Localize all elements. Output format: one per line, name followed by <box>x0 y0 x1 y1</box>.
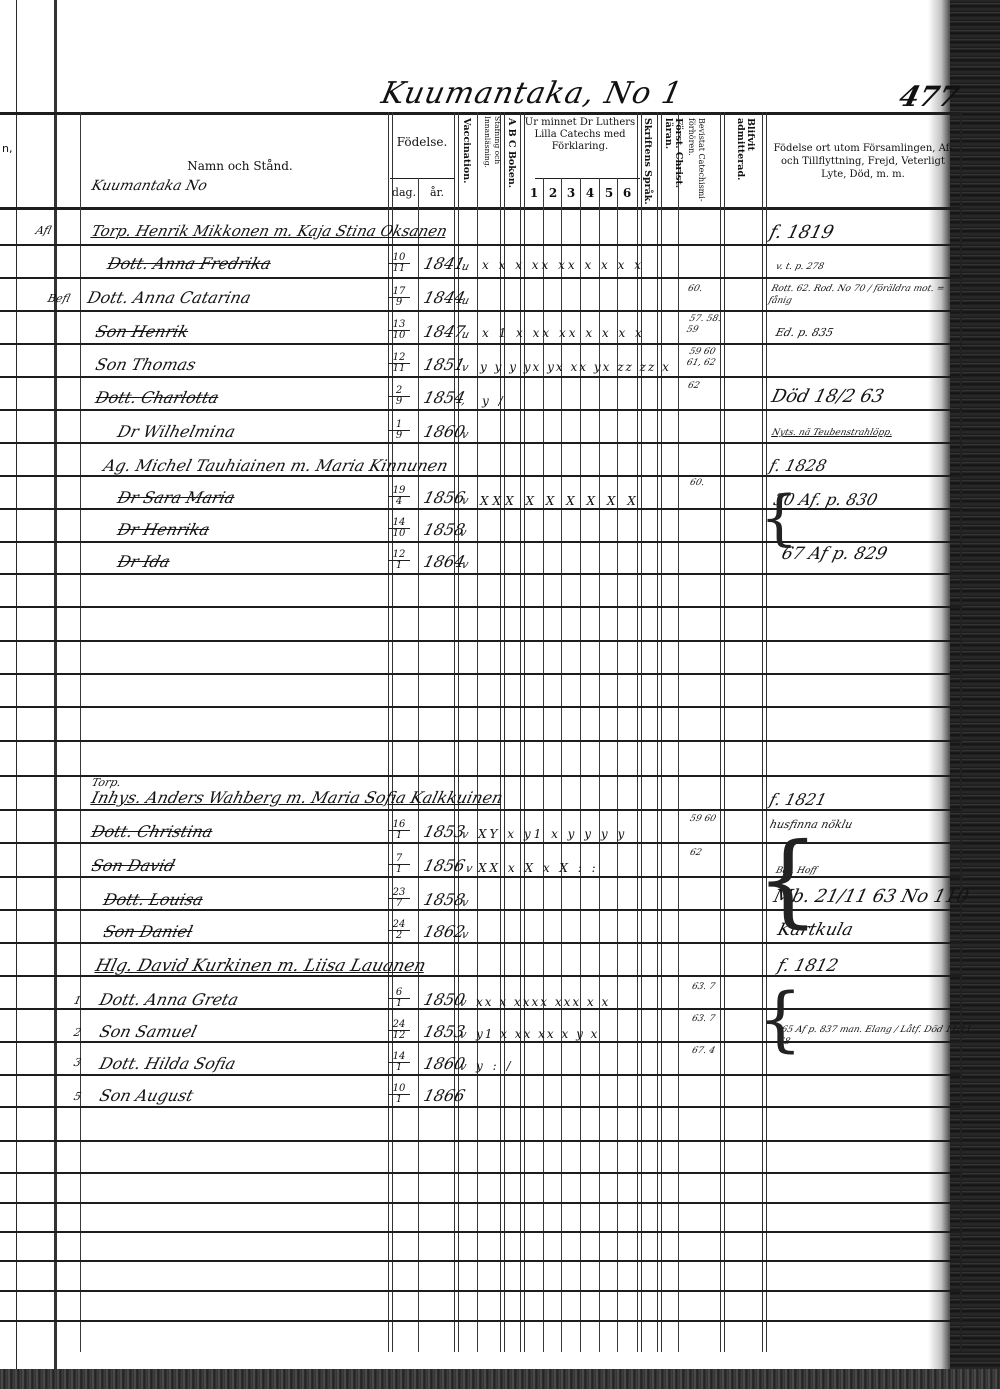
row-rule <box>0 409 962 411</box>
row-rule <box>0 541 962 543</box>
row-rule <box>0 740 962 742</box>
entry-name: Son David <box>90 856 177 875</box>
row-rule <box>0 573 962 575</box>
catechism-part-2: 2 <box>544 186 562 200</box>
catechism-hearings: 63. 7 <box>691 982 716 992</box>
entry-remarks: f. 1812 <box>776 956 841 976</box>
col-line-day-year <box>418 178 419 1352</box>
previous-page-fragment: n, <box>2 142 12 155</box>
row-rule <box>0 1260 962 1262</box>
row-rule <box>0 376 962 378</box>
entry-name: Son Samuel <box>98 1022 199 1041</box>
catechism-part-3: 3 <box>562 186 580 200</box>
entry-name: Son August <box>98 1086 196 1105</box>
row-rule <box>0 809 962 811</box>
bracket-mark: { <box>756 830 820 930</box>
entry-remarks: 65 Af p. 837 man. Elang / Låtf. Död 11/1… <box>777 1024 983 1048</box>
birth-day-month: 71 <box>388 854 410 875</box>
birth-day-month: 121 <box>388 550 410 571</box>
birth-day-month: 1310 <box>388 320 410 341</box>
examination-marks: XXX X X X X X X <box>480 494 640 508</box>
catechism-subheader-rule <box>535 178 640 179</box>
entry-remarks: f. 1821 <box>768 790 829 809</box>
birth-day-month: 1211 <box>388 353 410 374</box>
row-rule <box>0 706 962 708</box>
birth-day-month: 179 <box>388 287 410 308</box>
birth-day-month: 161 <box>388 820 410 841</box>
birth-day-month: 1410 <box>388 518 410 539</box>
entry-remarks: f. 1828 <box>768 456 829 475</box>
birth-day-month: 19 <box>388 420 410 441</box>
col-line-abc-left <box>500 112 505 1352</box>
row-rule <box>0 606 962 608</box>
row-rule <box>0 775 962 777</box>
row-rule <box>0 475 962 477</box>
row-rule <box>0 277 962 279</box>
col-line-cat-left <box>520 112 525 1352</box>
entry-name: Son Thomas <box>94 355 198 374</box>
catechism-hearings: 57. 58. 59 <box>685 314 730 336</box>
row-rule <box>0 1106 962 1108</box>
birth-day-month: 101 <box>388 1084 410 1105</box>
birth-day-month: 29 <box>388 386 410 407</box>
examination-marks: y y y yx yx xx yx zz zz x <box>480 360 671 374</box>
entry-remarks: Nyts. nä Teubenstrahlöpp. <box>771 428 894 438</box>
catechism-hearings: 59 60 <box>689 814 717 824</box>
birth-day-month: 242 <box>388 920 410 941</box>
header-admitted: Blifvit admitterad. <box>735 118 755 206</box>
entry-name: Inhys. Anders Wahberg m. Maria Sofia Kal… <box>90 788 505 807</box>
header-remarks: Födelse ort utom Församlingen, Af- och T… <box>770 142 956 181</box>
row-rule <box>0 942 962 944</box>
entry-name: Dr Wilhelmina <box>116 422 238 441</box>
header-vaccination: Vaccination. <box>461 118 471 206</box>
col-line-admitted-left <box>720 112 725 1352</box>
entry-name: Dr Ida <box>116 552 172 571</box>
header-christian-doctrine: Först. Christ. läran. <box>663 118 683 206</box>
row-rule <box>0 310 962 312</box>
col-line-cat-2 <box>543 178 544 1352</box>
birth-year: 1866 <box>422 1086 467 1105</box>
entry-name: Dott. Anna Greta <box>98 990 241 1009</box>
col-line-remarks-left <box>762 112 767 1352</box>
entry-name: Dott. Charlotta <box>94 388 221 407</box>
entry-name: Dott. Hilda Sofia <box>98 1054 238 1073</box>
bracket-mark: { <box>758 984 803 1054</box>
row-rule <box>0 1231 962 1233</box>
header-catechism-hearings: Bevistat Catechismi-förhören. <box>686 118 706 206</box>
catechism-hearings: 63. 7 <box>691 1014 716 1024</box>
entry-remarks: Död 18/2 63 <box>769 386 886 407</box>
entry-name: Dr Sara Maria <box>116 488 237 507</box>
page-title: Kuumantaka, No 1 <box>378 76 686 111</box>
examination-marks: xx x xxxx xxx x x <box>476 995 610 1009</box>
entry-name: Dott. Louisa <box>102 890 206 909</box>
birth-day-month: 194 <box>388 486 410 507</box>
col-line-hearings-left <box>678 112 679 1352</box>
header-catechism: Ur minnet Dr Luthers Lilla Catechs med F… <box>523 117 637 153</box>
row-rule <box>0 1290 962 1292</box>
entry-remarks: v. t. p. 278 <box>775 262 825 272</box>
row-rule <box>0 1172 962 1174</box>
examination-marks: XX x X x X : : <box>478 861 599 875</box>
catechism-hearings: 59 60 61, 62 <box>685 347 730 369</box>
entry-remarks: Ed. p. 835 <box>774 326 834 339</box>
bracket-mark: { <box>760 488 798 548</box>
margin-note: Afl <box>34 224 52 237</box>
entry-remarks: f. 1819 <box>767 222 836 243</box>
entry-name: Dott. Christina <box>90 822 215 841</box>
catechism-part-6: 6 <box>618 186 636 200</box>
row-rule <box>0 1074 962 1076</box>
birth-day-month: 1011 <box>388 253 410 274</box>
row-rule <box>0 442 962 444</box>
col-line-cat-5 <box>599 178 600 1352</box>
header-scripture: Skriftens Språk. <box>642 118 652 206</box>
birth-day-month: 2412 <box>388 1020 410 1041</box>
header-reading: Stafning och Innanläsning. <box>482 116 502 206</box>
entry-name: Son Daniel <box>102 922 195 941</box>
birth-year: 1856 <box>422 856 467 875</box>
catechism-part-5: 5 <box>600 186 618 200</box>
row-rule <box>0 1202 962 1204</box>
entry-name: Son Henrik <box>94 322 191 341</box>
row-rule <box>0 673 962 675</box>
page-number: 477 <box>896 80 963 113</box>
birth-day-month: 61 <box>388 988 410 1009</box>
entry-name: Torp. Henrik Mikkonen m. Kaja Stina Oksa… <box>90 222 449 240</box>
header-top-rule <box>0 112 962 115</box>
col-line-cat-6 <box>617 178 618 1352</box>
col-line-remarks-right <box>960 112 962 1352</box>
birth-day-month: 237 <box>388 888 410 909</box>
header-birth-year: år. <box>420 186 454 199</box>
entry-name: Hlg. David Kurkinen m. Liisa Lauanen <box>94 956 428 976</box>
birth-subheader-rule <box>390 178 454 179</box>
entry-name: Ag. Michel Tauhiainen m. Maria Kinnunen <box>102 456 450 475</box>
household-heading: Kuumantaka No <box>90 178 209 194</box>
catechism-hearings: 60. <box>689 478 706 488</box>
entry-name: Dott. Anna Fredrika <box>106 254 273 273</box>
col-line-doctrine-left <box>657 112 662 1352</box>
col-line-cat-4 <box>580 178 581 1352</box>
examination-marks: x x x xx xx x x x x <box>482 258 644 272</box>
header-name-and-status: Namn och Stånd. <box>160 160 320 173</box>
row-rule <box>0 244 962 246</box>
catechism-part-1: 1 <box>525 186 543 200</box>
header-birth: Födelse. <box>390 136 454 149</box>
header-birth-day: dag. <box>390 186 418 199</box>
margin-note: Befl <box>46 292 71 305</box>
catechism-hearings: 67. 4 <box>691 1046 716 1056</box>
catechism-part-4: 4 <box>581 186 599 200</box>
col-line-scripture-left <box>637 112 642 1352</box>
catechism-hearings: 60. <box>687 284 704 294</box>
row-rule <box>0 1140 962 1142</box>
entry-name: Dott. Anna Catarina <box>86 288 253 307</box>
row-rule <box>0 640 962 642</box>
scanner-edge-bottom <box>0 1369 1000 1389</box>
examination-marks: x 1 x xx xx x x x x <box>482 326 645 340</box>
examination-marks: y : / <box>476 1059 514 1073</box>
examination-marks: XY x y1 x y y y y <box>478 827 627 841</box>
header-abc-book: A B C Boken. <box>506 118 516 206</box>
col-line-name-left <box>80 112 81 1352</box>
entry-name: Dr Henrika <box>116 520 212 539</box>
examination-marks: y1 x xx xx x y x <box>476 1027 599 1041</box>
row-rule <box>0 1320 962 1322</box>
col-line-cat-3 <box>561 178 562 1352</box>
col-line-reading-left <box>477 112 478 1352</box>
examination-marks: y / <box>482 394 506 408</box>
entry-remarks: Rott. 62. Rod. No 70 / föräldra mot. = f… <box>767 283 953 307</box>
row-rule <box>0 343 962 345</box>
birth-day-month: 141 <box>388 1052 410 1073</box>
header-bottom-rule <box>0 207 962 210</box>
